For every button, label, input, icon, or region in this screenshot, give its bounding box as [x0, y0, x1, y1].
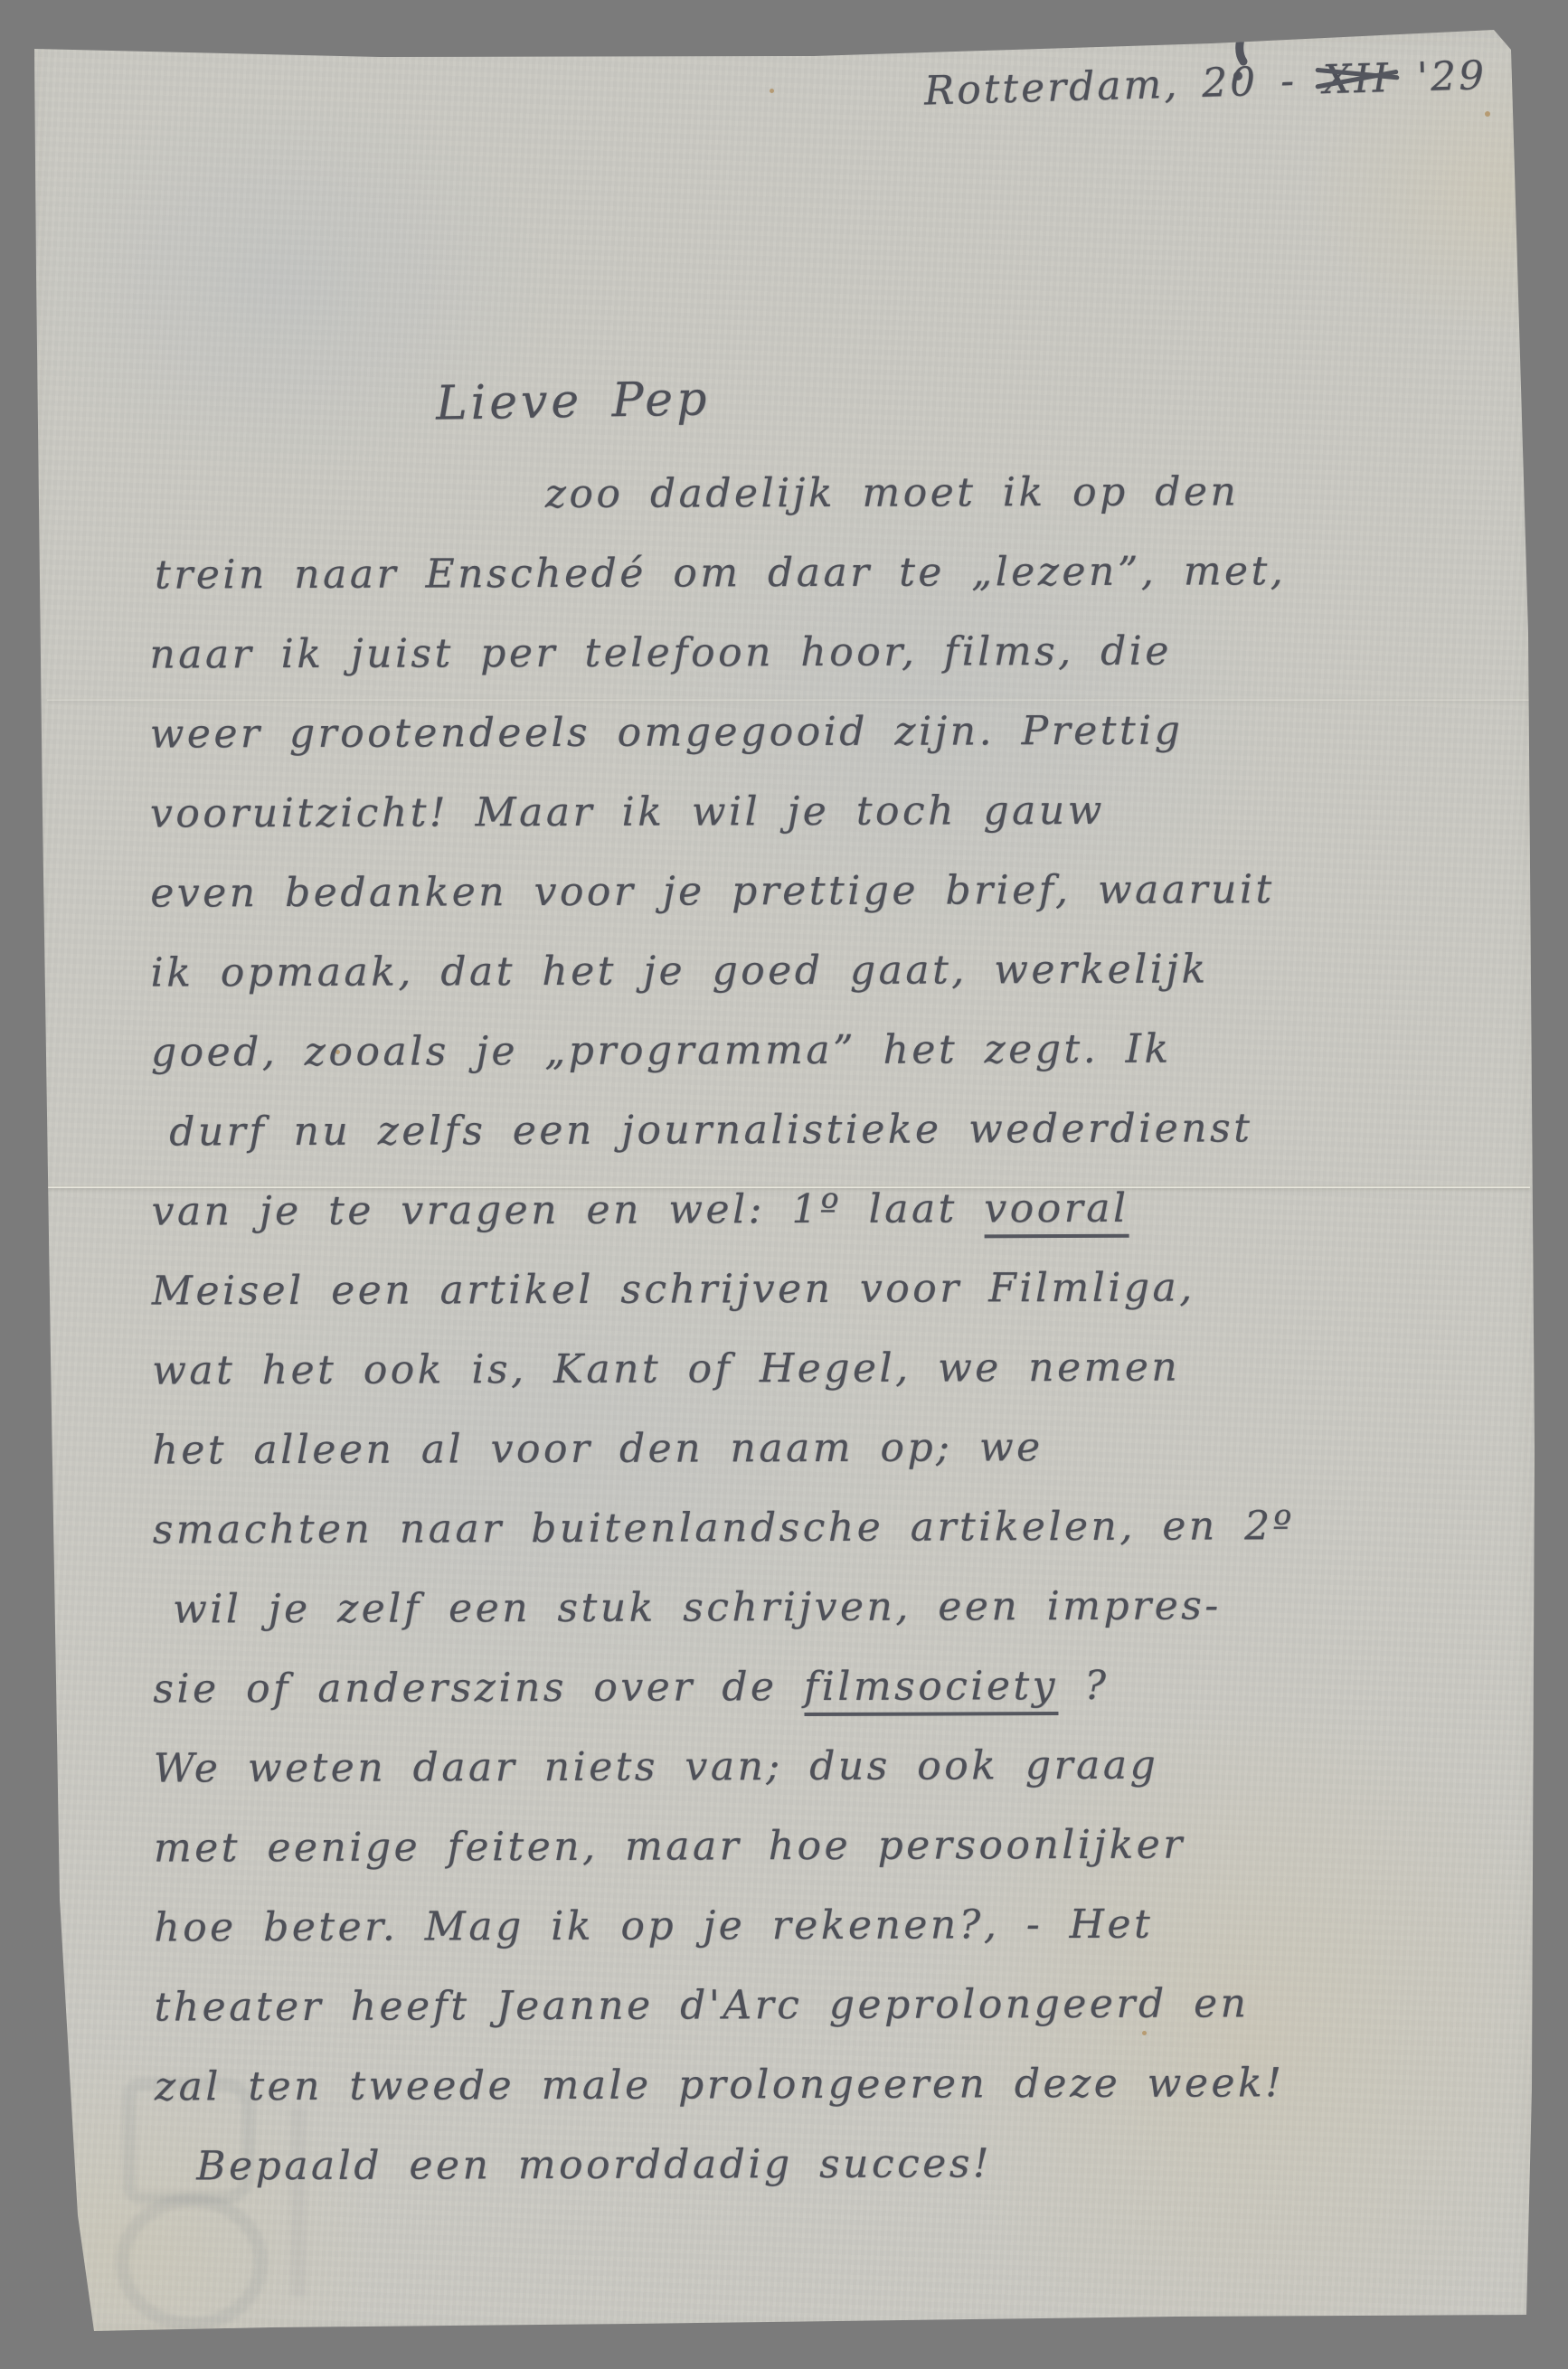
handwriting-line: theater heeft Jeanne d'Arc geprolongeerd…	[154, 1963, 1465, 2047]
scan-background: Rotterdam, 20 - XII '29 Lieve Pep zoo da…	[0, 0, 1568, 2369]
foxing-dot	[770, 89, 774, 93]
handwriting-line: smachten naar buitenlandsche artikelen, …	[153, 1486, 1464, 1570]
handwriting-line: trein naar Enschedé om daar te „lezen”, …	[155, 531, 1460, 615]
salutation: Lieve Pep	[435, 372, 710, 430]
foxing-dot	[1485, 111, 1490, 117]
letter-paper: Rotterdam, 20 - XII '29 Lieve Pep zoo da…	[0, 0, 1568, 2369]
line-text: van je te vragen en wel: 1º laat	[151, 1185, 984, 1234]
handwriting-line: het alleen al voor den naam op; we	[152, 1406, 1463, 1490]
handwriting-line: weer grootendeels omgegooid zijn. Pretti…	[150, 690, 1461, 774]
handwriting-line: goed, zooals je „programma” het zegt. Ik	[151, 1008, 1462, 1092]
dateline-month-crossed-out: XII	[1318, 55, 1394, 103]
show-through-stamp	[116, 2194, 268, 2331]
handwriting-line: met eenige feiten, maar hoe persoonlijke…	[154, 1804, 1465, 1888]
handwriting-line: van je te vragen en wel: 1º laat vooral	[151, 1167, 1462, 1251]
handwriting-line: Meisel een artikel schrijven voor Filmli…	[152, 1247, 1463, 1331]
handwriting-line: ik opmaak, dat het je goed gaat, werkeli…	[150, 929, 1461, 1013]
handwriting-line: wat het ook is, Kant of Hegel, we nemen	[152, 1326, 1463, 1411]
dateline-year: '29	[1416, 52, 1487, 100]
handwriting-line: naar ik juist per telefoon hoor, films, …	[149, 610, 1460, 694]
handwriting-line: even bedanken voor je prettige brief, wa…	[150, 849, 1461, 933]
handwriting-line: durf nu zelfs een journalistieke wederdi…	[169, 1088, 1462, 1172]
letter-body: zoo dadelijk moet ik op den trein naar E…	[149, 451, 1467, 2206]
handwriting-line: wil je zelf een stuk schrijven, een impr…	[173, 1565, 1464, 1649]
line-text: sie of anderszins over de	[153, 1664, 804, 1713]
handwriting-line: hoe beter. Mag ik op je rekenen?, - Het	[154, 1883, 1465, 1968]
underlined-word: filmsociety	[804, 1663, 1058, 1716]
handwriting-line: zal ten tweede male prolongeeren deze we…	[155, 2043, 1466, 2127]
handwriting-line: sie of anderszins over de filmsociety ?	[153, 1645, 1464, 1729]
handwriting-line: Bepaald een moorddadig succes!	[196, 2122, 1466, 2206]
handwriting-line: vooruitzicht! Maar ik wil je toch gauw	[150, 769, 1461, 854]
underlined-word: vooral	[984, 1185, 1129, 1239]
line-text: ?	[1058, 1663, 1110, 1709]
handwriting-line: zoo dadelijk moet ik op den	[149, 451, 1460, 535]
handwriting-line: We weten daar niets van; dus ook graag	[154, 1724, 1465, 1808]
